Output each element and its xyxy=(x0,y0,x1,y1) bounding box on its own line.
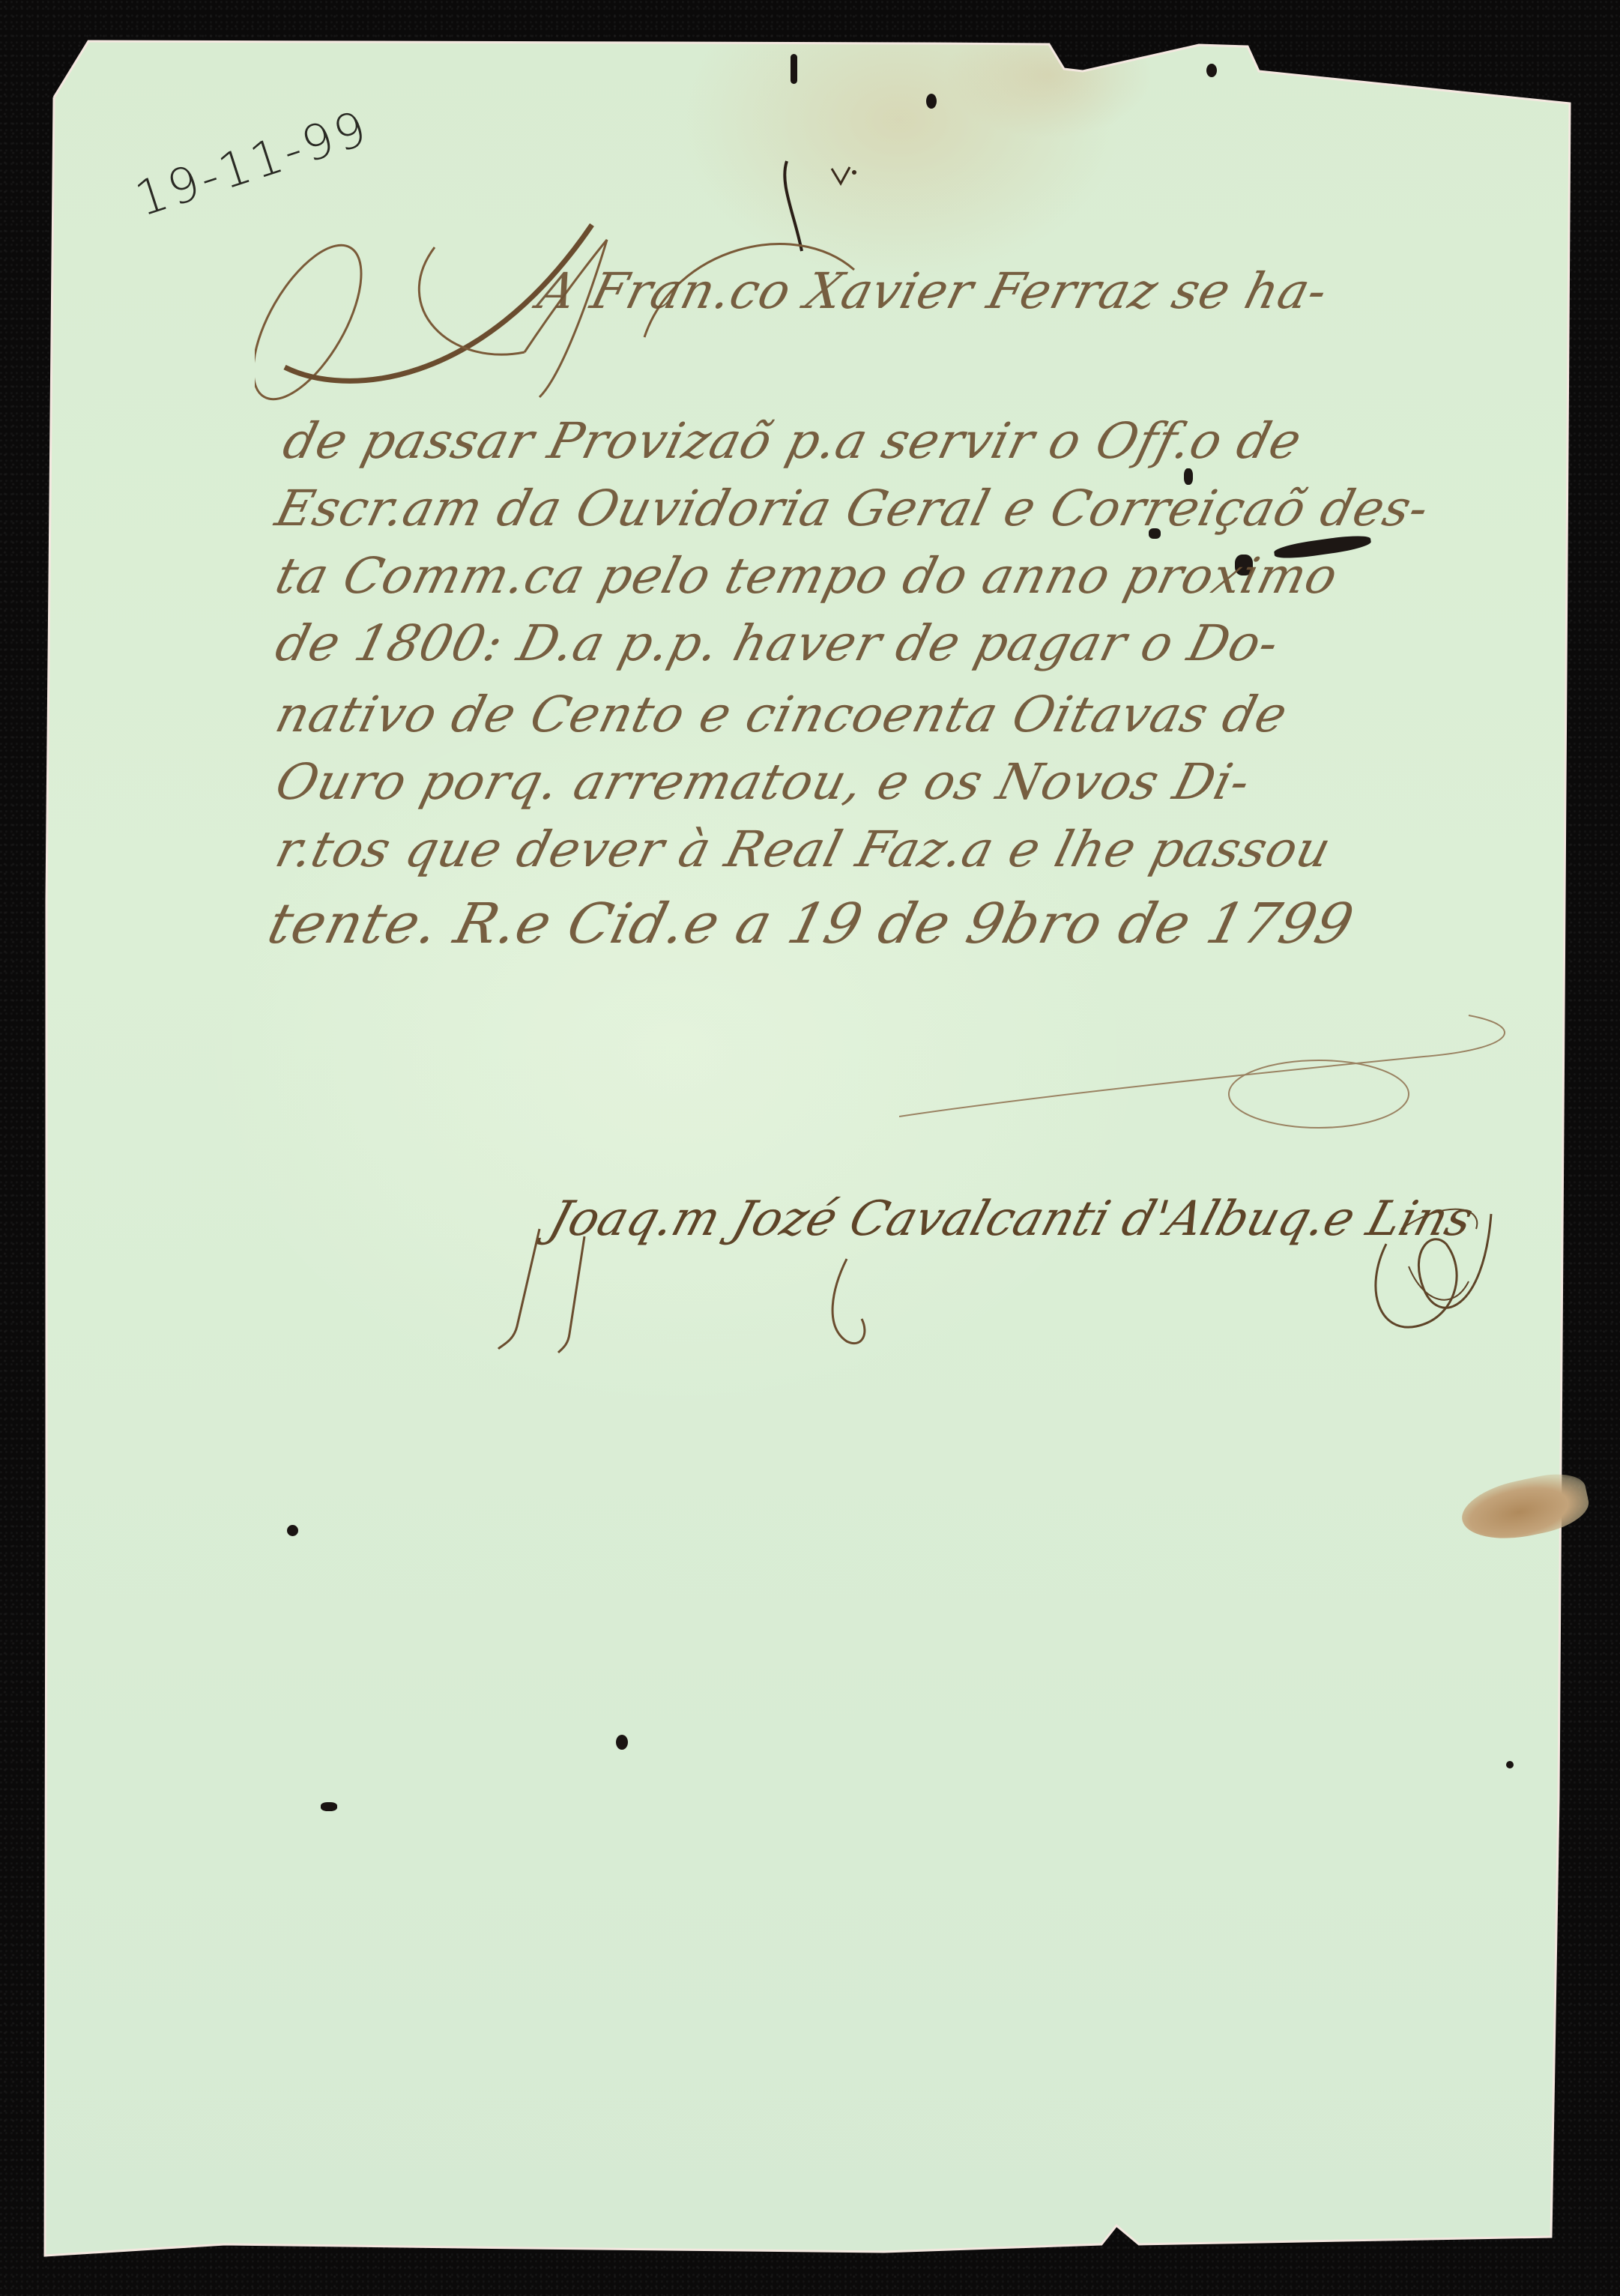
signature-rubric-icon xyxy=(1356,1199,1506,1349)
worm-hole xyxy=(791,54,797,84)
worm-hole xyxy=(287,1525,298,1536)
manuscript-page xyxy=(0,0,1620,2296)
signature: Joaq.m Jozé Cavalcanti d'Albuq.e Lins xyxy=(542,1191,1479,1247)
worm-hole xyxy=(926,94,937,109)
body-line-4: ta Comm.ca pelo tempo do anno proximo xyxy=(270,547,1344,605)
body-line-8: r.tos que dever à Real Faz.a e lhe passo… xyxy=(270,821,1337,878)
worm-hole xyxy=(616,1735,628,1750)
body-line-7: Ouro porq. arrematou, e os Novos Di- xyxy=(270,753,1256,811)
body-line-3: Escr.am da Ouvidoria Geral e Correiçaõ d… xyxy=(270,480,1435,537)
worm-hole xyxy=(1506,1761,1514,1768)
body-line-9-date: tente. R.e Cid.e a 19 de 9bro de 1799 xyxy=(262,892,1360,956)
body-line-2: de passar Provizaõ p.a servir o Off.o de xyxy=(277,412,1308,470)
worm-hole xyxy=(321,1802,337,1811)
worm-hole xyxy=(1206,64,1217,77)
body-line-6: nativo de Cento e cincoenta Oitavas de xyxy=(270,686,1293,743)
body-line-1: A Fran.co Xavier Ferraz se ha- xyxy=(532,262,1334,320)
body-line-5: de 1800: D.a p.p. haver de pagar o Do- xyxy=(270,614,1284,672)
